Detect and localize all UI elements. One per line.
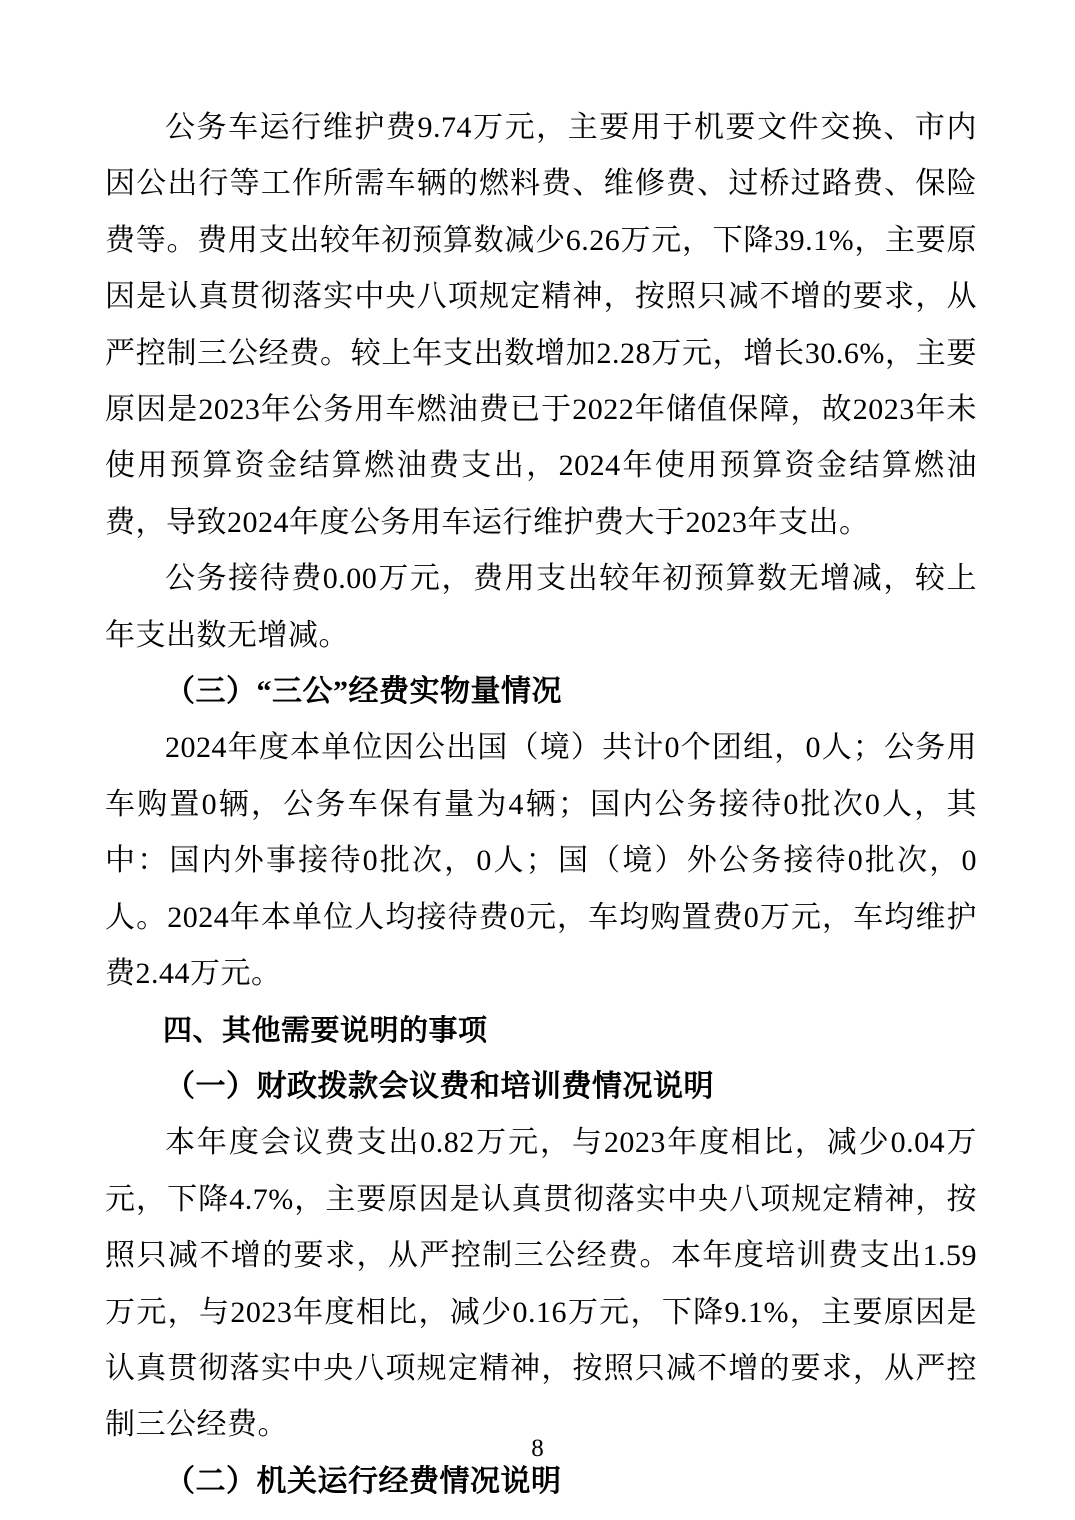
paragraph-meeting-training-fee-details: 本年度会议费支出0.82万元，与2023年度相比，减少0.04万元，下降4.7%… [105,1115,977,1453]
heading-other-matters: 四、其他需要说明的事项 [105,1003,977,1059]
page-number: 8 [0,1434,1075,1464]
heading-three-public-expenses-physical-quantity: （三）“三公”经费实物量情况 [105,664,977,720]
document-page: 公务车运行维护费9.74万元，主要用于机要文件交换、市内因公出行等工作所需车辆的… [0,0,1075,1520]
paragraph-vehicle-maintenance-cost: 公务车运行维护费9.74万元，主要用于机要文件交换、市内因公出行等工作所需车辆的… [105,100,977,551]
paragraph-official-reception-cost: 公务接待费0.00万元，费用支出较年初预算数无增减，较上年支出数无增减。 [105,551,977,664]
heading-meeting-training-fee-explanation: （一）财政拨款会议费和培训费情况说明 [105,1059,977,1115]
paragraph-physical-quantity-details: 2024年度本单位因公出国（境）共计0个团组，0人；公务用车购置0辆，公务车保有… [105,720,977,1002]
document-body: 公务车运行维护费9.74万元，主要用于机要文件交换、市内因公出行等工作所需车辆的… [105,100,977,1510]
